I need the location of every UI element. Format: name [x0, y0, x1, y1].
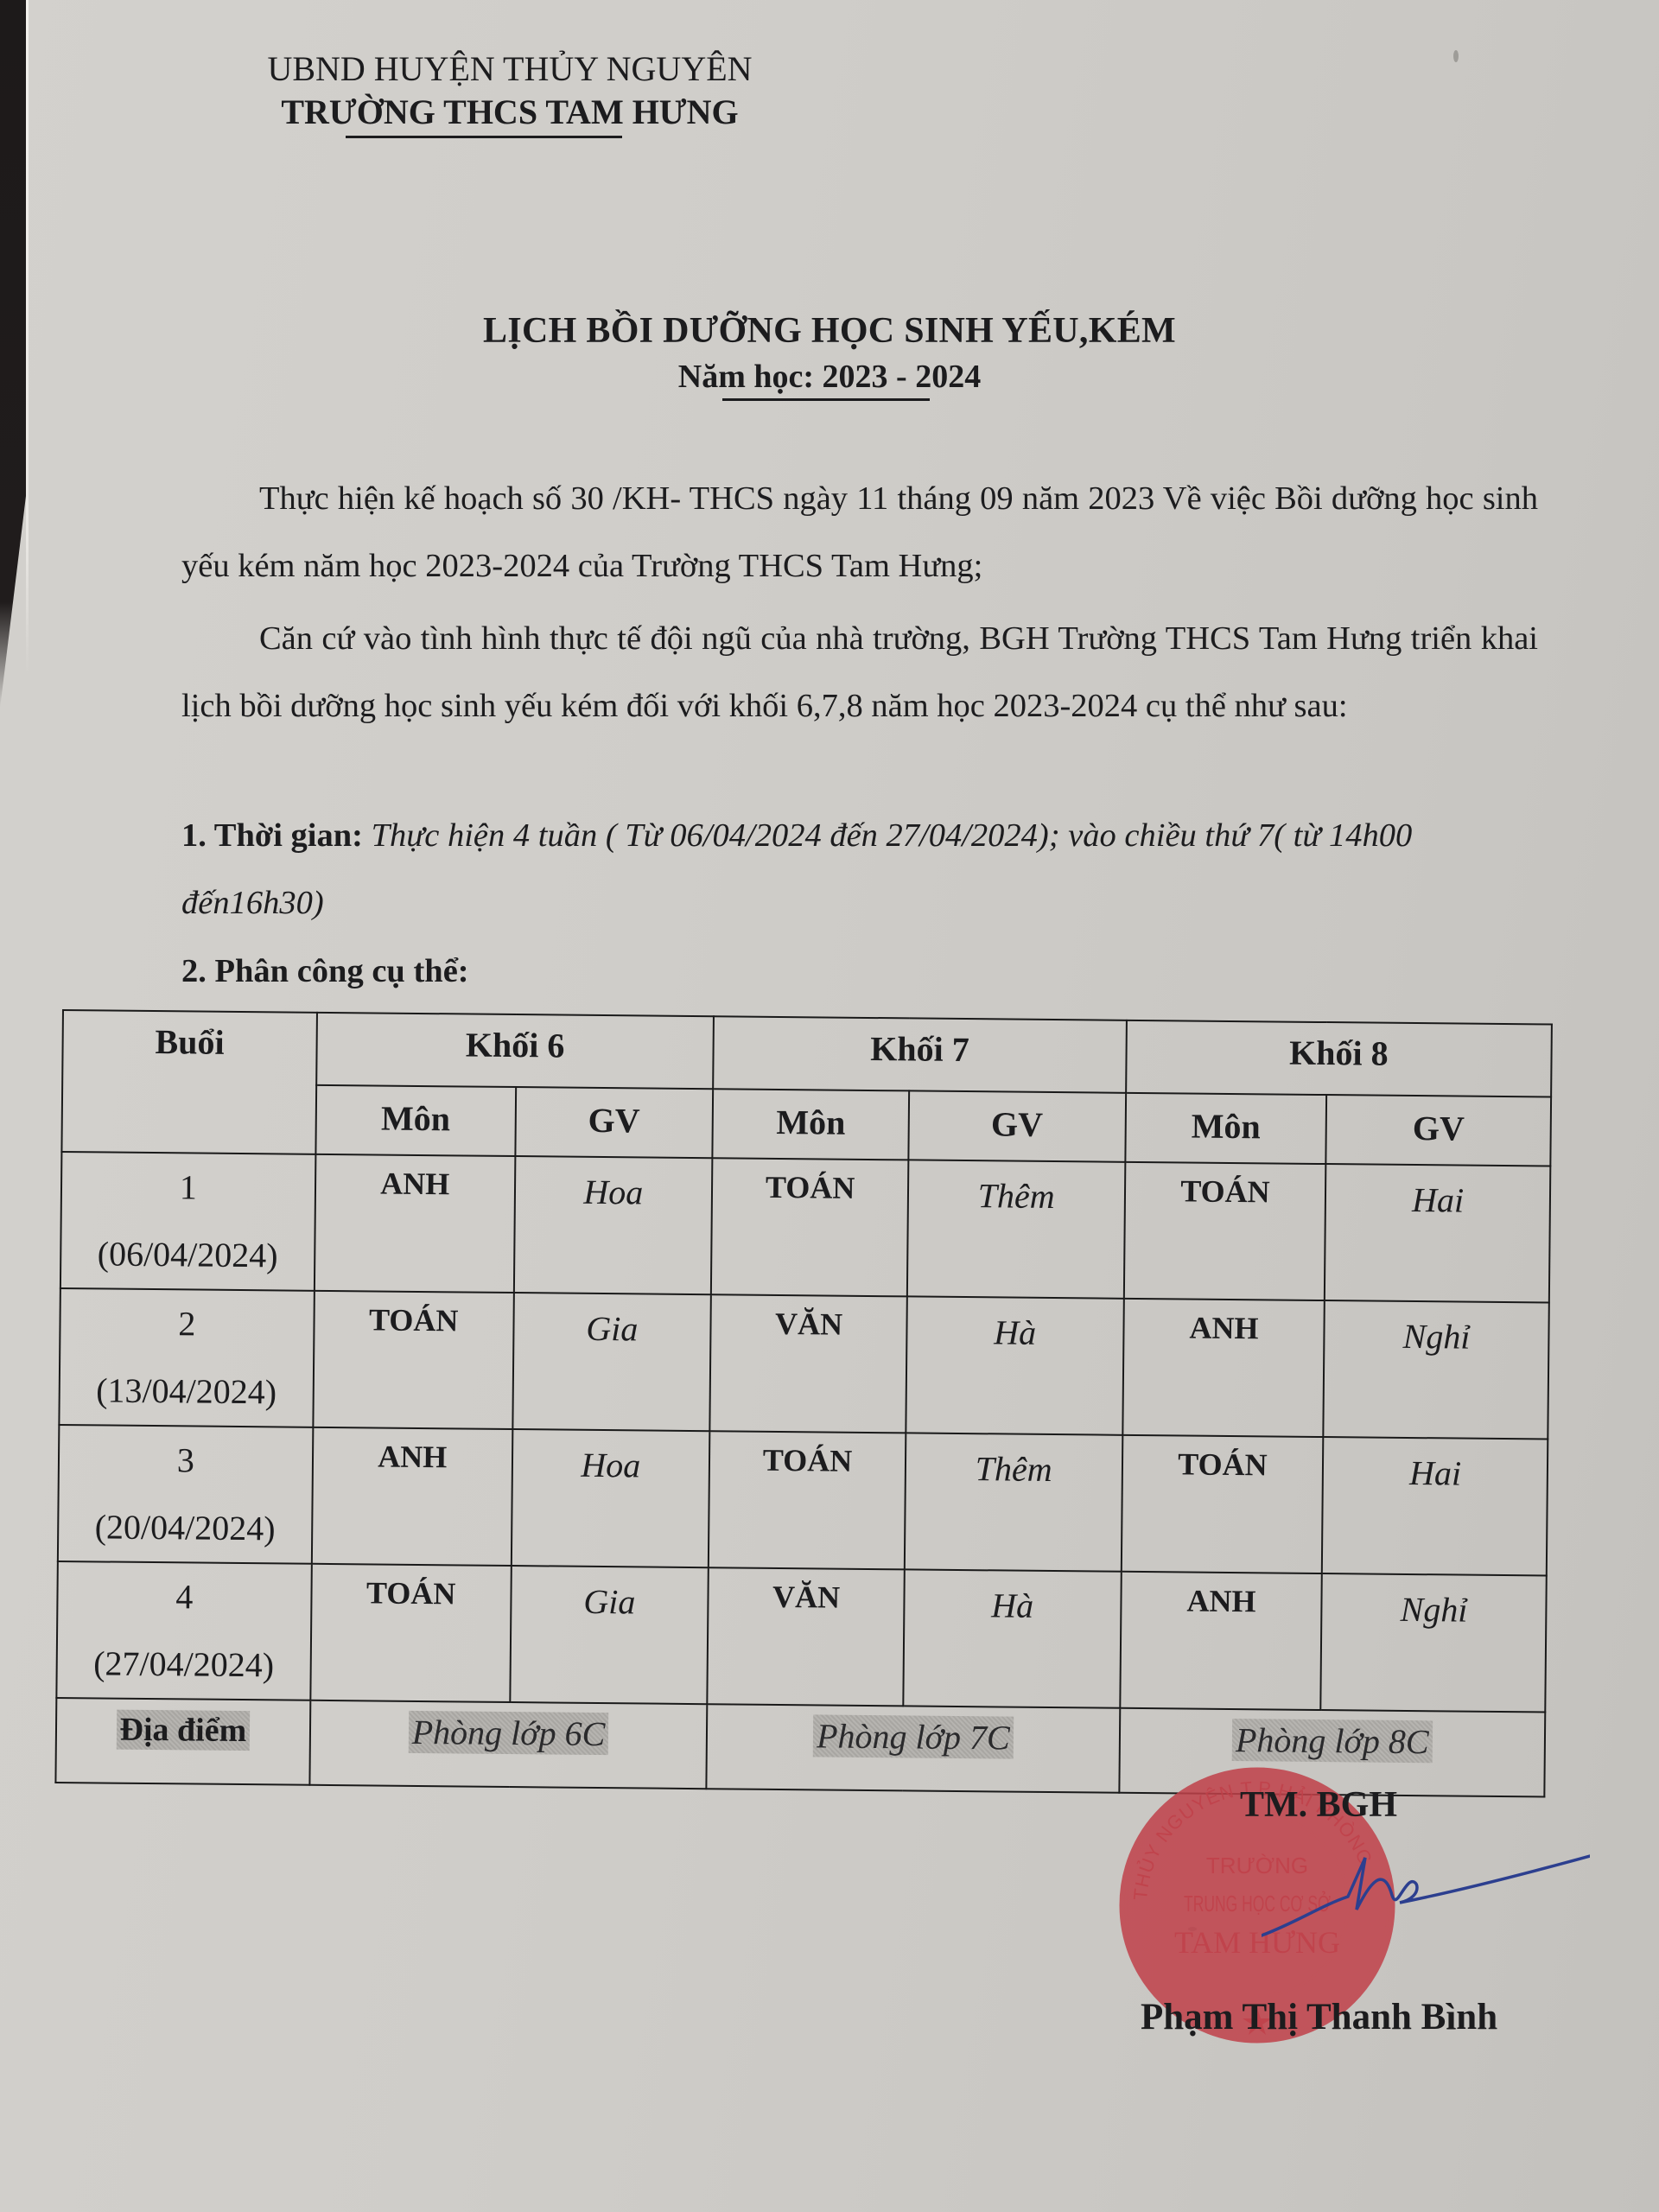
subject-cell: ANH — [1120, 1572, 1322, 1710]
subject-cell: ANH — [315, 1154, 515, 1293]
session-cell: 3(20/04/2024) — [58, 1425, 313, 1564]
section-time-label: 1. Thời gian: — [181, 817, 363, 854]
header-teacher: GV — [515, 1087, 713, 1158]
teacher-cell: Nghỉ — [1321, 1573, 1547, 1712]
section-time: 1. Thời gian: Thực hiện 4 tuần ( Từ 06/0… — [181, 802, 1547, 937]
section-assignment-label: 2. Phân công cụ thể: — [181, 938, 469, 1005]
teacher-cell: Hai — [1325, 1164, 1550, 1302]
signature-title: TM. BGH — [1240, 1784, 1397, 1826]
header-grade-7: Khối 7 — [713, 1016, 1126, 1093]
title-underline — [722, 398, 930, 401]
session-cell: 2(13/04/2024) — [59, 1288, 314, 1427]
paper-speck — [1453, 50, 1459, 62]
subject-cell: TOÁN — [711, 1158, 908, 1296]
section-time-text: Thực hiện 4 tuần ( Từ 06/04/2024 đến 27/… — [181, 817, 1412, 921]
table-row: 3(20/04/2024) ANH Hoa TOÁN Thêm TOÁN Hai — [58, 1425, 1548, 1576]
table-row: 2(13/04/2024) TOÁN Gia VĂN Hà ANH Nghỉ — [59, 1288, 1548, 1440]
subject-cell: ANH — [312, 1427, 512, 1566]
subject-cell: TOÁN — [313, 1291, 513, 1429]
agency-name: UBND HUYỆN THỦY NGUYÊN — [259, 48, 760, 91]
school-name: TRƯỜNG THCS TAM HƯNG — [259, 91, 760, 134]
teacher-cell: Hai — [1322, 1437, 1548, 1575]
table-header-row: Buổi Khối 6 Khối 7 Khối 8 — [62, 1010, 1552, 1097]
location-label: Địa điểm — [116, 1710, 250, 1751]
subject-cell: VĂN — [708, 1567, 905, 1706]
session-cell: 4(27/04/2024) — [56, 1561, 311, 1700]
issuer-header: UBND HUYỆN THỦY NGUYÊN TRƯỜNG THCS TAM H… — [259, 48, 760, 138]
table-row: 4(27/04/2024) TOÁN Gia VĂN Hà ANH Nghỉ — [56, 1561, 1546, 1713]
schedule-table: Buổi Khối 6 Khối 7 Khối 8 Môn GV Môn GV … — [54, 1009, 1553, 1798]
location-cell-grade-6: Phòng lớp 6C — [309, 1700, 707, 1789]
header-session: Buổi — [61, 1010, 316, 1154]
teacher-cell: Gia — [512, 1293, 711, 1431]
handwritten-signature — [1262, 1849, 1590, 1944]
session-date: (27/04/2024) — [57, 1630, 310, 1700]
paragraph-basis-text: Thực hiện kế hoạch số 30 /KH- THCS ngày … — [181, 480, 1538, 584]
session-number: 2 — [60, 1289, 314, 1359]
session-date: (06/04/2024) — [61, 1220, 315, 1290]
teacher-cell: Hoa — [513, 1156, 712, 1294]
teacher-cell: Hà — [903, 1569, 1121, 1707]
header-underline — [346, 136, 622, 138]
session-number: 4 — [58, 1562, 311, 1632]
location-grade-8: Phòng lớp 8C — [1232, 1719, 1433, 1763]
school-year: Năm học: 2023 - 2024 — [0, 355, 1659, 398]
session-number: 3 — [60, 1426, 313, 1496]
signer-name: Phạm Thị Thanh Bình — [1141, 1996, 1497, 2038]
session-date: (13/04/2024) — [60, 1357, 313, 1427]
teacher-cell: Thêm — [907, 1160, 1125, 1298]
paragraph-deployment: Căn cứ vào tình hình thực tế đội ngũ của… — [181, 605, 1538, 740]
header-grade-6: Khối 6 — [316, 1013, 714, 1089]
teacher-cell: Gia — [510, 1566, 709, 1704]
subject-cell: ANH — [1122, 1299, 1325, 1437]
session-date: (20/04/2024) — [59, 1493, 312, 1563]
location-grade-6: Phòng lớp 6C — [408, 1711, 608, 1755]
teacher-cell: Hà — [906, 1296, 1123, 1434]
subject-cell: TOÁN — [310, 1564, 511, 1702]
teacher-cell: Hoa — [511, 1429, 709, 1567]
header-subject: Môn — [1125, 1093, 1326, 1164]
subject-cell: TOÁN — [1121, 1435, 1323, 1573]
teacher-cell: Nghỉ — [1324, 1300, 1549, 1439]
header-grade-8: Khối 8 — [1126, 1020, 1552, 1097]
session-number: 1 — [62, 1153, 315, 1223]
header-subject: Môn — [713, 1089, 909, 1160]
session-cell: 1(06/04/2024) — [60, 1152, 315, 1291]
subject-cell: TOÁN — [709, 1431, 906, 1569]
subject-cell: VĂN — [710, 1294, 907, 1433]
teacher-cell: Thêm — [905, 1433, 1122, 1571]
paragraph-deployment-text: Căn cứ vào tình hình thực tế đội ngũ của… — [181, 620, 1538, 724]
location-label-cell: Địa điểm — [55, 1698, 310, 1785]
header-teacher: GV — [1326, 1095, 1551, 1166]
table-row: 1(06/04/2024) ANH Hoa TOÁN Thêm TOÁN Hai — [60, 1152, 1550, 1303]
document-title-block: LỊCH BỒI DƯỠNG HỌC SINH YẾU,KÉM Năm học:… — [0, 307, 1659, 401]
location-cell-grade-7: Phòng lớp 7C — [707, 1704, 1120, 1793]
header-subject: Môn — [315, 1085, 515, 1156]
document-title: LỊCH BỒI DƯỠNG HỌC SINH YẾU,KÉM — [0, 307, 1659, 355]
paragraph-basis: Thực hiện kế hoạch số 30 /KH- THCS ngày … — [181, 465, 1538, 600]
location-grade-7: Phòng lớp 7C — [813, 1714, 1014, 1758]
subject-cell: TOÁN — [1123, 1162, 1325, 1300]
header-teacher: GV — [908, 1090, 1125, 1161]
